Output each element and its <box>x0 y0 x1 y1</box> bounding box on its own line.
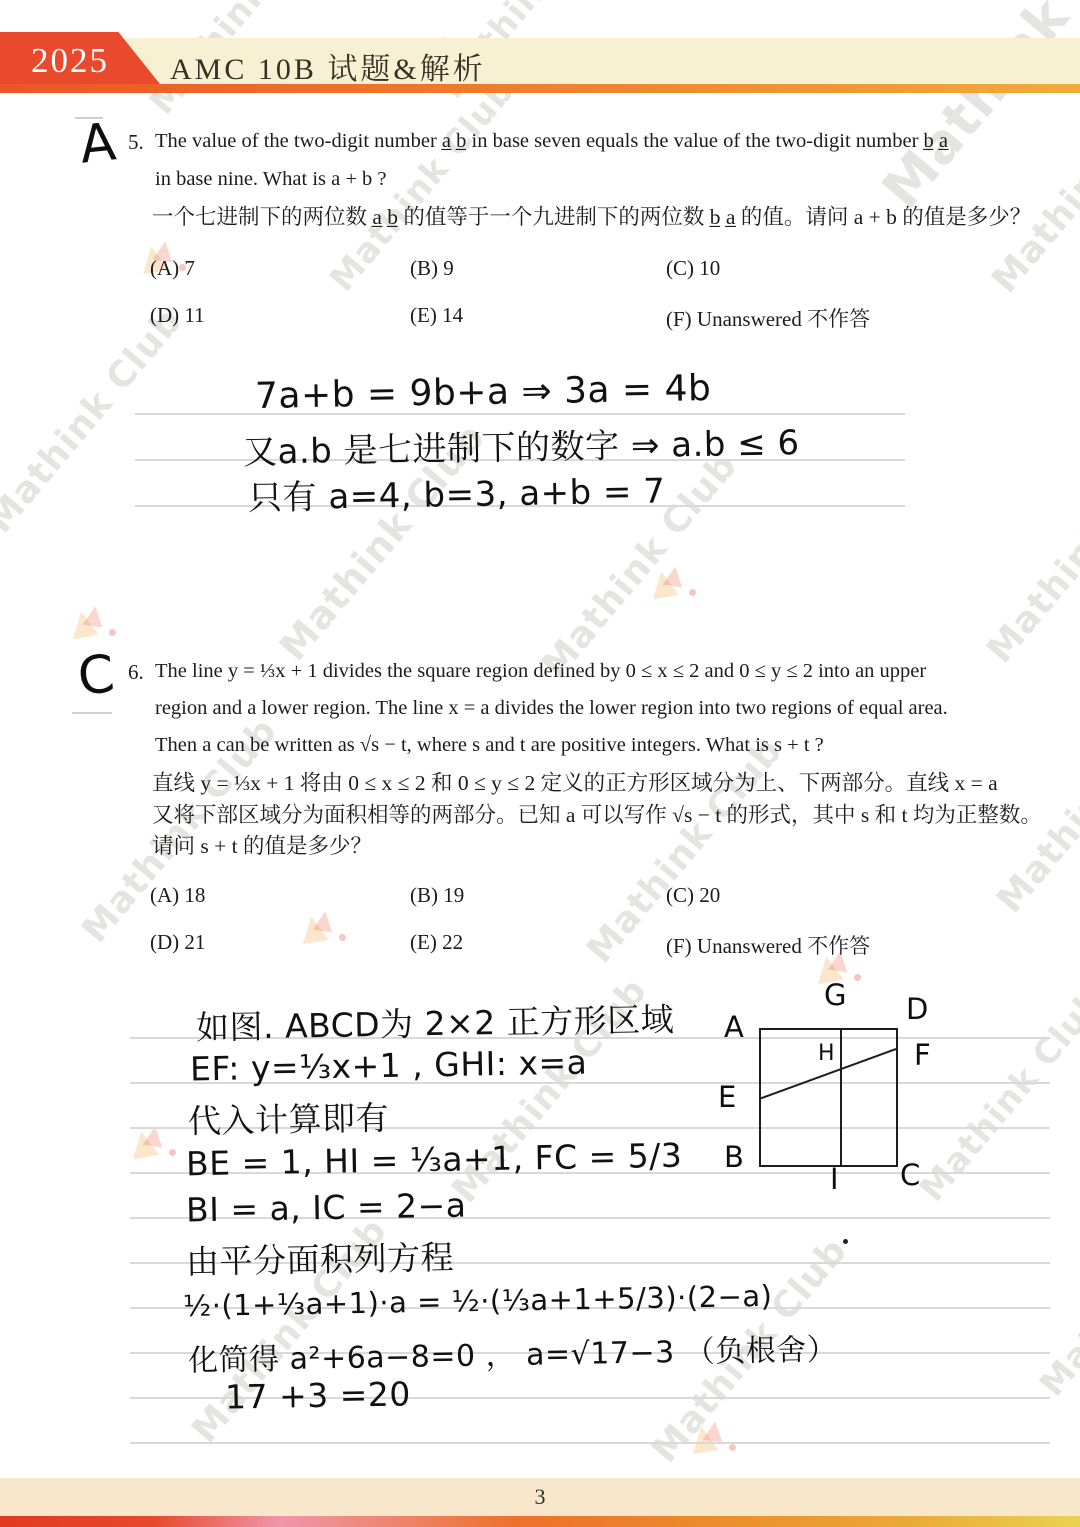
year-label: 2025 <box>22 41 118 81</box>
solution-line: 代入计算即有 <box>188 1092 390 1143</box>
solution-line: 化简得 a²+6a−8=0 ， a=√17−3 （负根舍） <box>188 1324 838 1379</box>
diagram-label-a: A <box>724 1013 744 1042</box>
mathink-logo-icon: ▲▲ <box>300 905 346 945</box>
problem-number: 6. <box>128 660 144 685</box>
problem-number: 5. <box>128 130 144 155</box>
problem-text-en: in base nine. What is a + b ? <box>155 168 387 191</box>
watermark-text: Mathink Club <box>979 430 1080 671</box>
mathink-logo-icon: ▲▲ <box>650 560 696 600</box>
choice-b: (B) 9 <box>410 256 454 281</box>
watermark-text: Mathink Club <box>1032 1176 1080 1404</box>
watermark-text: Mathink Club <box>984 60 1080 301</box>
mathink-logo-icon: ▲▲ <box>70 600 116 640</box>
choice-a: (A) 7 <box>150 256 195 281</box>
answer-mark-problem-5: A <box>77 116 118 171</box>
page-number: 3 <box>0 1484 1080 1510</box>
solution-line: EF: y=⅓x+1 , GHI: x=a <box>190 1043 588 1089</box>
ruled-tick <box>72 712 112 714</box>
choice-f: (F) Unanswered 不作答 <box>666 303 870 333</box>
document-page: Mathink Club Mathink Club Mathink Club M… <box>0 0 1080 1527</box>
diagram-label-b: B <box>724 1143 744 1172</box>
page-title: AMC 10B 试题&解析 <box>170 44 486 88</box>
problem-text-zh: 一个七进制下的两位数 a̲ b̲ 的值等于一个九进制下的两位数 b̲ a̲ 的值… <box>152 200 1031 231</box>
problem-text-zh: 请问 s + t 的值是多少？ <box>152 829 372 860</box>
solution-line: BI = a, IC = 2−a <box>186 1186 467 1230</box>
problem-text-en: region and a lower region. The line x = … <box>155 697 948 720</box>
problem-text-en: Then a can be written as √s − t, where s… <box>155 734 824 757</box>
choice-a: (A) 18 <box>150 883 205 908</box>
choice-f: (F) Unanswered 不作答 <box>666 930 870 960</box>
choice-e: (E) 22 <box>410 930 463 955</box>
header-orange-strip <box>0 84 1080 93</box>
problem-text-en: The value of the two-digit number a̲ b̲ … <box>155 130 948 153</box>
diagram-square-region: A G D H F E B I C <box>716 983 946 1253</box>
problem-text-en: The line y = ⅓x + 1 divides the square r… <box>155 660 926 683</box>
solution-line: 由平分面积列方程 <box>186 1232 455 1284</box>
choice-d: (D) 21 <box>150 930 205 955</box>
problem-text-zh: 又将下部区域分为面积相等的两部分。已知 a 可以写作 √s − t 的形式，其中… <box>152 798 1042 829</box>
choice-e: (E) 14 <box>410 303 463 328</box>
diagram-label-d: D <box>906 995 928 1024</box>
problem-text-zh: 直线 y = ⅓x + 1 将由 0 ≤ x ≤ 2 和 0 ≤ y ≤ 2 定… <box>152 766 998 797</box>
footer-gradient-bar <box>0 1516 1080 1527</box>
ruled-line <box>130 1442 1050 1444</box>
solution-line: 如图. ABCD为 2×2 正方形区域 <box>196 994 675 1049</box>
answer-mark-problem-6: C <box>75 648 117 704</box>
diagram-label-h: H <box>818 1043 835 1065</box>
diagram-label-g: G <box>824 981 846 1010</box>
choice-c: (C) 20 <box>666 883 720 908</box>
diagram-label-f: F <box>914 1041 931 1070</box>
choice-b: (B) 19 <box>410 883 464 908</box>
solution-line: BE = 1, HI = ⅓a+1, FC = 5/3 <box>186 1136 683 1184</box>
choice-d: (D) 11 <box>150 303 205 328</box>
solution-line: 只有 a=4, b=3, a+b = 7 <box>248 463 666 519</box>
stray-pen-dot <box>843 1239 848 1244</box>
diagram-label-e: E <box>718 1083 736 1112</box>
solution-line: 7a+b = 9b+a ⇒ 3a = 4b <box>255 368 712 417</box>
choice-c: (C) 10 <box>666 256 720 281</box>
mathink-logo-icon: ▲▲ <box>690 1415 736 1455</box>
solution-line: ½·(1+⅓a+1)·a = ½·(⅓a+1+5/3)·(2−a) <box>183 1279 773 1323</box>
header-cream-band <box>0 38 1080 84</box>
mathink-logo-icon: ▲▲ <box>130 1120 176 1160</box>
watermark-text: Mathink Club <box>870 0 1080 220</box>
diagram-label-c: C <box>900 1161 920 1190</box>
solution-line: 17 +3 =20 <box>225 1374 411 1416</box>
diagram-label-i: I <box>830 1165 839 1194</box>
